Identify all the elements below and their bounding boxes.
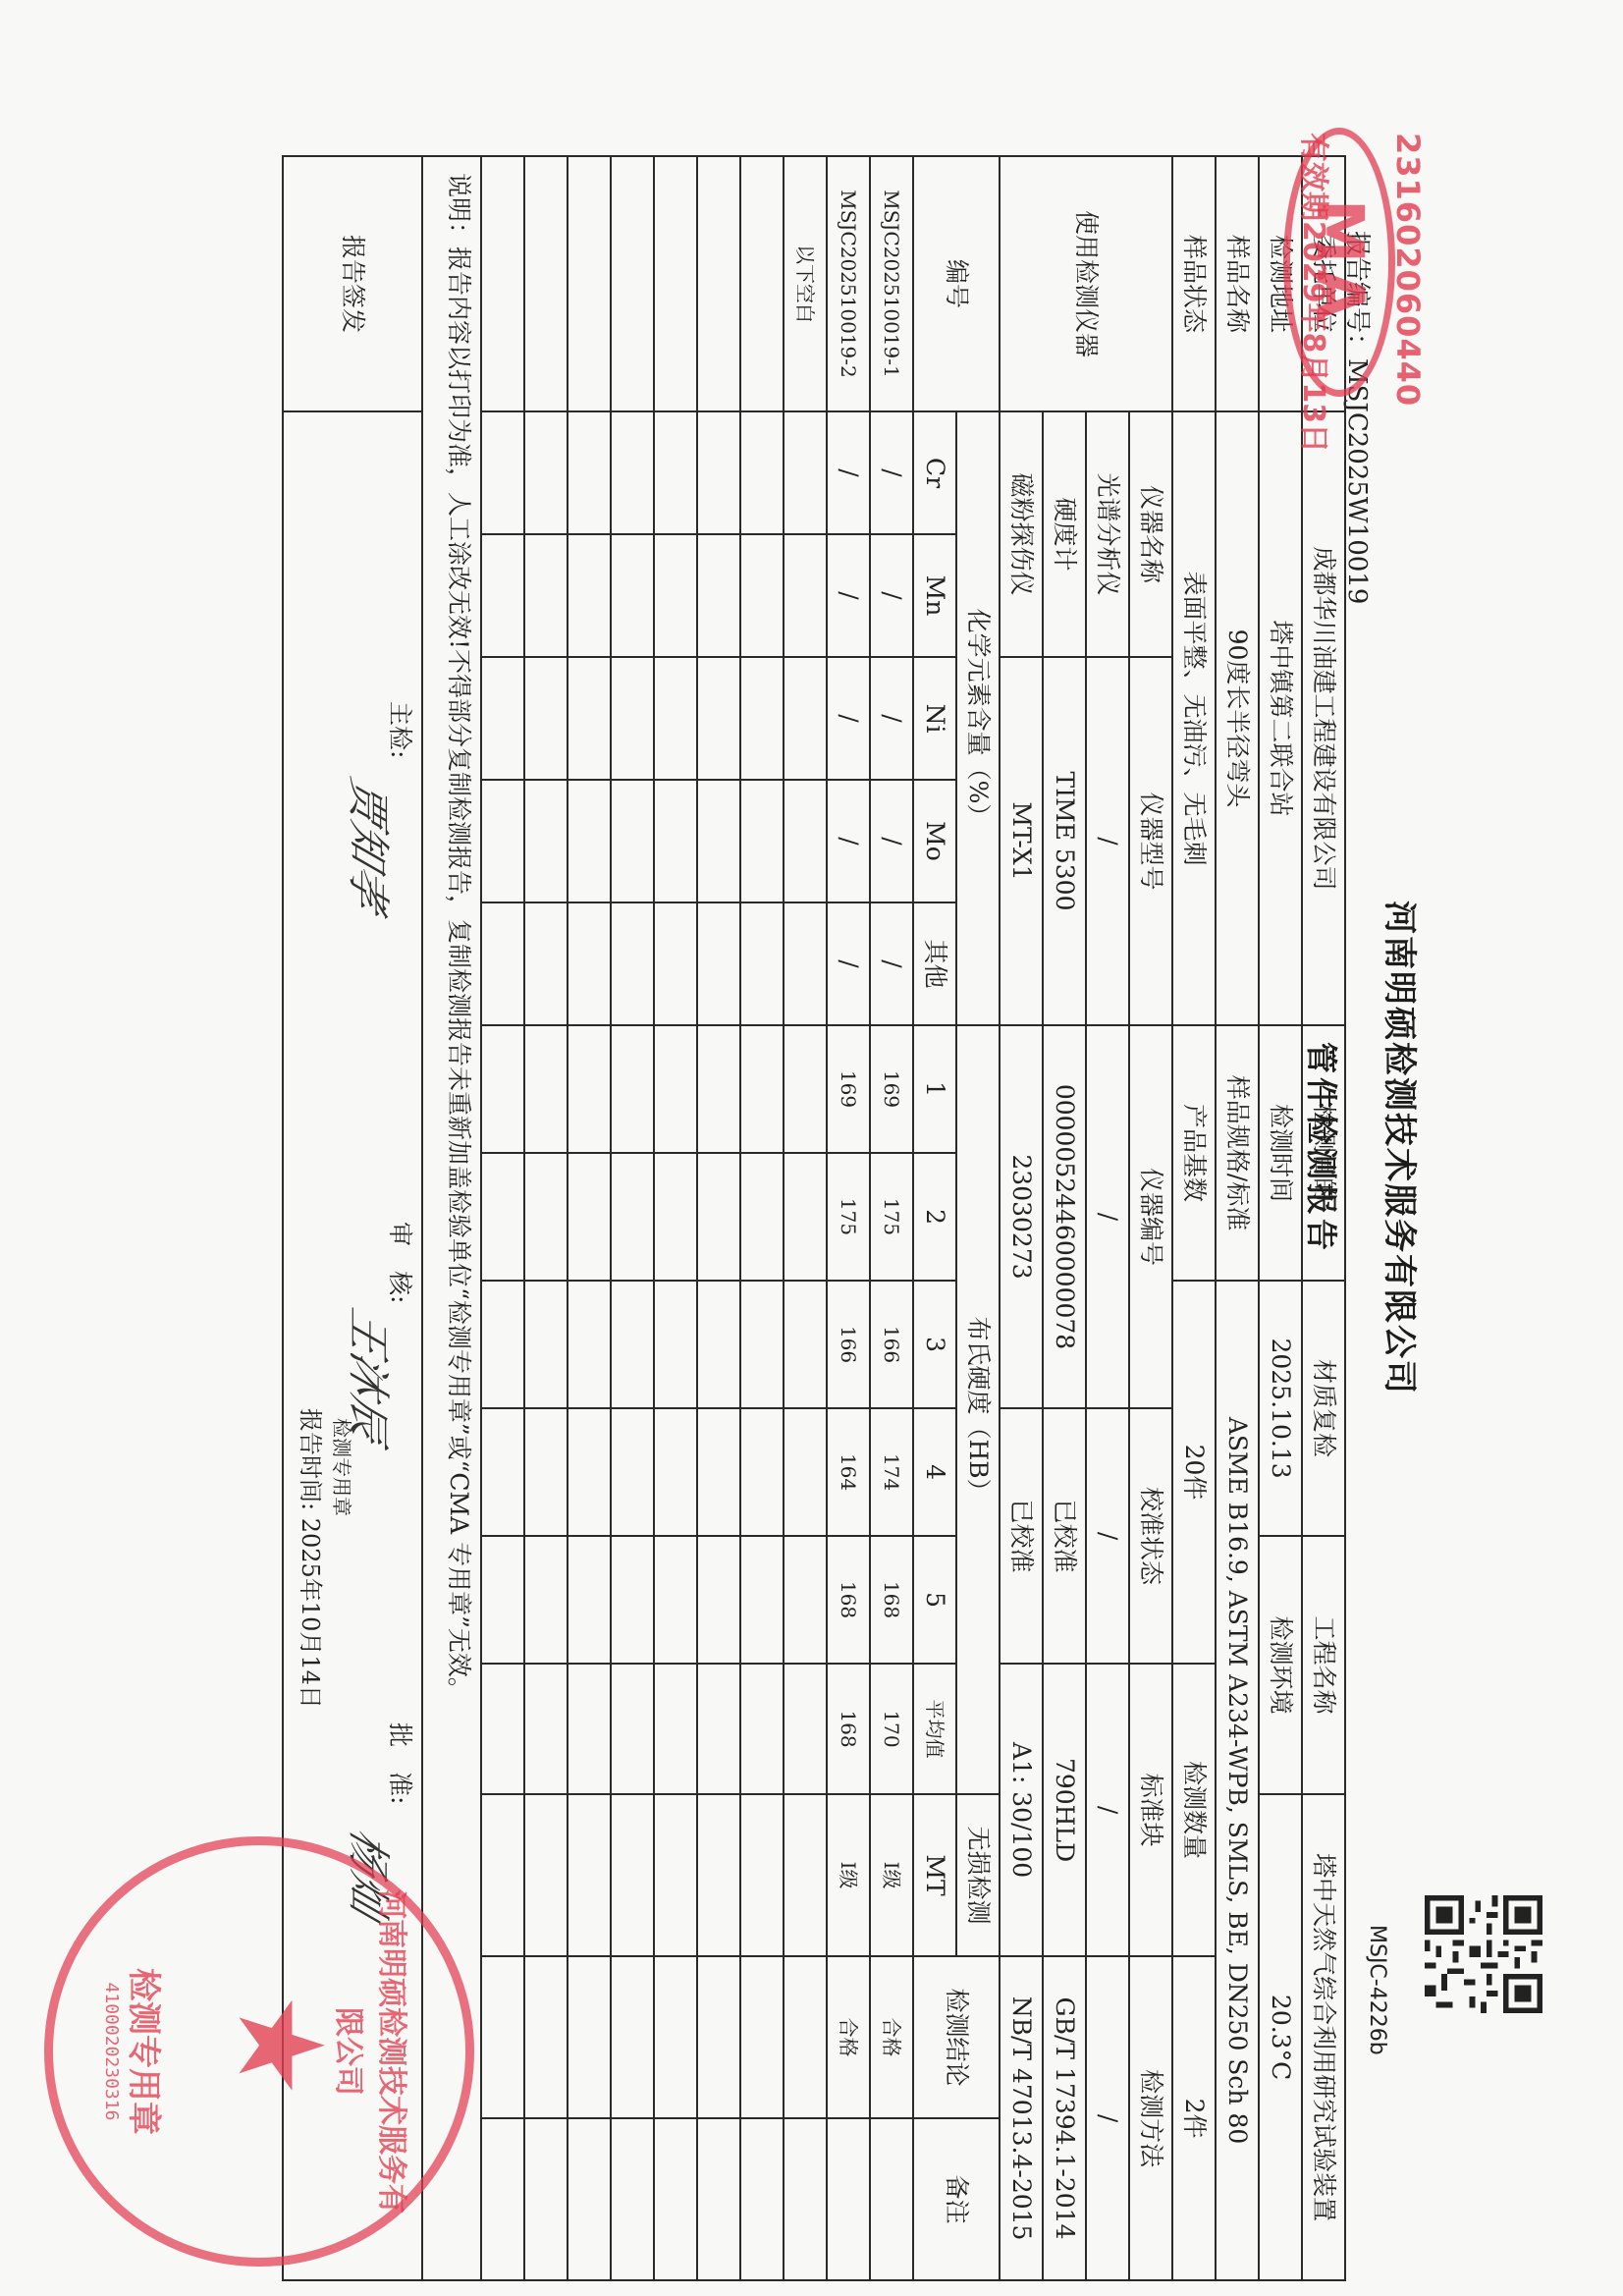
hardness-group-header: 布氏硬度（HB）: [956, 1025, 1000, 1794]
conclusion: 合格: [827, 1956, 870, 2118]
chem-other: /: [870, 902, 913, 1025]
instrument-name: 硬度计: [1043, 411, 1086, 657]
hb-avg: 170: [870, 1664, 913, 1794]
empty-row: [481, 156, 524, 2280]
hb-1: 169: [870, 1025, 913, 1153]
chem-mn: /: [870, 534, 913, 657]
instrument-calibration: 已校准: [1043, 1408, 1086, 1664]
spec-value: ASME B16.9, ASTM A234-WPB, SMLS, BE, DN2…: [1216, 1281, 1259, 2280]
chem-other: /: [827, 902, 870, 1025]
hb-4: 174: [870, 1408, 913, 1536]
env-value: 20.3°C: [1259, 1794, 1302, 2280]
instrument-col-model: 仪器型号: [1129, 657, 1172, 1025]
instrument-model: /: [1086, 657, 1129, 1025]
purpose-label: 检测目的: [1302, 1025, 1345, 1281]
mt-grade: Ⅰ级: [827, 1794, 870, 1956]
instrument-serial: /: [1086, 1025, 1129, 1408]
results-group-header: 编号 化学元素含量（%） 布氏硬度（HB） 无损检测 检测结论 备注: [956, 156, 1000, 2280]
seal-star-icon: ★: [220, 1993, 338, 2099]
form-code: MSJC-4226b: [1365, 1925, 1389, 2055]
sample-name-value: 90度长半径弯头: [1216, 411, 1259, 1025]
id-col-header: 编号: [913, 156, 1000, 411]
mt-grade: Ⅰ级: [870, 1794, 913, 1956]
chem-col-mn: Mn: [913, 534, 956, 657]
remark: [827, 2118, 870, 2280]
signoff-label-text: 报告签发: [339, 235, 367, 333]
cma-valid-date: 有效期2029年8月13日: [1295, 133, 1338, 453]
sample-id: MSJC202510019-1: [870, 156, 913, 411]
inspector-signature: 贾知孝: [342, 772, 392, 917]
info-row-client: 委托单位 成都华川油建工程建设有限公司 检测目的 材质复检 工程名称 塔中天然气…: [1302, 156, 1345, 2280]
sample-state-value: 表面平整、无油污、无毛刺: [1172, 411, 1216, 1025]
hb-avg: 168: [827, 1664, 870, 1794]
qr-code-icon: [1425, 1895, 1542, 2013]
chem-cr: /: [870, 411, 913, 534]
chem-mo: /: [870, 780, 913, 902]
test-qty-value: 2件: [1172, 1956, 1216, 2280]
chem-mn: /: [827, 534, 870, 657]
instrument-col-method: 检测方法: [1129, 1956, 1172, 2280]
instrument-method: GB/T 17394.1-2014: [1043, 1956, 1086, 2280]
empty-row: [654, 156, 697, 2280]
report-date-value: 2025年10月14日: [297, 1518, 324, 1709]
seal-type-text: 检测专用章: [123, 1904, 171, 2199]
hb-1: 169: [827, 1025, 870, 1153]
blank-marker: 以下空白: [784, 156, 827, 411]
hb-col-avg: 平均值: [913, 1664, 956, 1794]
instrument-block: A1: 30/100: [1000, 1664, 1043, 1956]
instruments-group-label: 使用检测仪器: [1000, 156, 1172, 411]
result-row: MSJC202510019-2 / / / / / 169 175 166 16…: [827, 156, 870, 2280]
info-row-site: 检测地址 塔中镇第二联合站 检测时间 2025.10.13 检测环境 20.3°…: [1259, 156, 1302, 2280]
conclusion: 合格: [870, 1956, 913, 2118]
ndt-group-header: 无损检测: [956, 1794, 1000, 1956]
hb-col-1: 1: [913, 1025, 956, 1153]
hb-4: 164: [827, 1408, 870, 1536]
instrument-header-row: 使用检测仪器 仪器名称 仪器型号 仪器编号 校准状态 标准块 检测方法 备注: [1129, 156, 1172, 2280]
instrument-model: TIME 5300: [1043, 657, 1086, 1025]
seal-caption: 检测专用章: [330, 1418, 352, 1516]
info-row-sample-state: 样品状态 表面平整、无油污、无毛刺 产品基数 20件 检测数量 2件: [1172, 156, 1216, 2280]
sample-name-label: 样品名称: [1216, 156, 1259, 411]
chem-col-mo: Mo: [913, 780, 956, 902]
report-date: 报告时间: 2025年10月14日: [296, 1408, 323, 1709]
test-time-value: 2025.10.13: [1259, 1281, 1302, 1536]
blank-marker-row: 以下空白: [784, 156, 827, 2280]
instrument-name: 光谱分析仪: [1086, 411, 1129, 657]
remark-col-header: 备注: [913, 2118, 1000, 2280]
chem-group-header: 化学元素含量（%）: [956, 411, 1000, 1025]
empty-row: [740, 156, 784, 2280]
company-seal-icon: 河南明硕检测技术服务有限公司 ★ 检测专用章 4100020230316: [44, 1836, 474, 2267]
instrument-row: 磁粉探伤仪 MT-X1 23030273 已校准 A1: 30/100 NB/T…: [1000, 156, 1043, 2280]
hb-3: 166: [870, 1281, 913, 1408]
ndt-col-mt: MT: [913, 1794, 956, 1956]
empty-row: [611, 156, 654, 2280]
empty-row: [524, 156, 568, 2280]
instrument-col-calibration: 校准状态: [1129, 1408, 1172, 1664]
instrument-block: /: [1086, 1664, 1129, 1956]
result-row: MSJC202510019-1 / / / / / 169 175 166 17…: [870, 156, 913, 2280]
instrument-col-block: 标准块: [1129, 1664, 1172, 1956]
instrument-row: 硬度计 TIME 5300 00000524460000078 已校准 790H…: [1043, 156, 1086, 2280]
site-value: 塔中镇第二联合站: [1259, 411, 1302, 1025]
hb-col-4: 4: [913, 1408, 956, 1536]
project-label: 工程名称: [1302, 1536, 1345, 1794]
hb-3: 166: [827, 1281, 870, 1408]
base-qty-value: 20件: [1172, 1281, 1216, 1664]
purpose-value: 材质复检: [1302, 1281, 1345, 1536]
inspector-label: 主检:: [385, 701, 413, 758]
reviewer-label: 审 核:: [385, 1222, 413, 1303]
instrument-serial: 23030273: [1000, 1025, 1043, 1408]
hb-col-3: 3: [913, 1281, 956, 1408]
chem-mo: /: [827, 780, 870, 902]
chem-col-cr: Cr: [913, 411, 956, 534]
instrument-name: 磁粉探伤仪: [1000, 411, 1043, 657]
instrument-method: NB/T 47013.4-2015: [1000, 1956, 1043, 2280]
seal-code: 4100020230316: [101, 1904, 122, 2199]
approver-label: 批 准:: [385, 1722, 413, 1804]
sample-id: MSJC202510019-2: [827, 156, 870, 411]
empty-rows: [481, 156, 784, 2280]
instrument-calibration: /: [1086, 1408, 1129, 1664]
chem-cr: /: [827, 411, 870, 534]
signoff-label: 报告签发: [283, 156, 422, 411]
remark: [870, 2118, 913, 2280]
empty-row: [568, 156, 611, 2280]
project-value: 塔中天然气综合利用研究试验装置: [1302, 1794, 1345, 2280]
test-qty-label: 检测数量: [1172, 1664, 1216, 1956]
sample-state-label: 样品状态: [1172, 156, 1216, 411]
hb-2: 175: [827, 1153, 870, 1281]
instrument-row: 光谱分析仪 / / / / /: [1086, 156, 1129, 2280]
instrument-col-name: 仪器名称: [1129, 411, 1172, 657]
instrument-block: 790HLD: [1043, 1664, 1086, 1956]
report-sheet: 河南明硕检测技术服务有限公司 管件检测报告 MSJC-4226b 报告编号：MS…: [0, 0, 1623, 2296]
hb-5: 168: [870, 1536, 913, 1664]
empty-row: [697, 156, 740, 2280]
report-date-label: 报告时间:: [297, 1408, 324, 1510]
hb-col-2: 2: [913, 1153, 956, 1281]
chem-col-other: 其他: [913, 902, 956, 1025]
base-qty-label: 产品基数: [1172, 1025, 1216, 1281]
hb-5: 168: [827, 1536, 870, 1664]
spec-label: 样品规格/标准: [1216, 1025, 1259, 1281]
client-value: 成都华川油建工程建设有限公司: [1302, 411, 1345, 1025]
instrument-col-serial: 仪器编号: [1129, 1025, 1172, 1408]
instrument-calibration: 已校准: [1000, 1408, 1043, 1664]
instrument-method: /: [1086, 1956, 1129, 2280]
env-label: 检测环境: [1259, 1536, 1302, 1794]
hb-col-5: 5: [913, 1536, 956, 1664]
chem-col-ni: Ni: [913, 657, 956, 780]
test-time-label: 检测时间: [1259, 1025, 1302, 1281]
chem-ni: /: [870, 657, 913, 780]
instrument-model: MT-X1: [1000, 657, 1043, 1025]
conclusion-col-header: 检测结论: [913, 1956, 1000, 2118]
info-row-sample-name: 样品名称 90度长半径弯头 样品规格/标准 ASME B16.9, ASTM A…: [1216, 156, 1259, 2280]
instrument-serial: 00000524460000078: [1043, 1025, 1086, 1408]
hb-2: 175: [870, 1153, 913, 1281]
chem-ni: /: [827, 657, 870, 780]
